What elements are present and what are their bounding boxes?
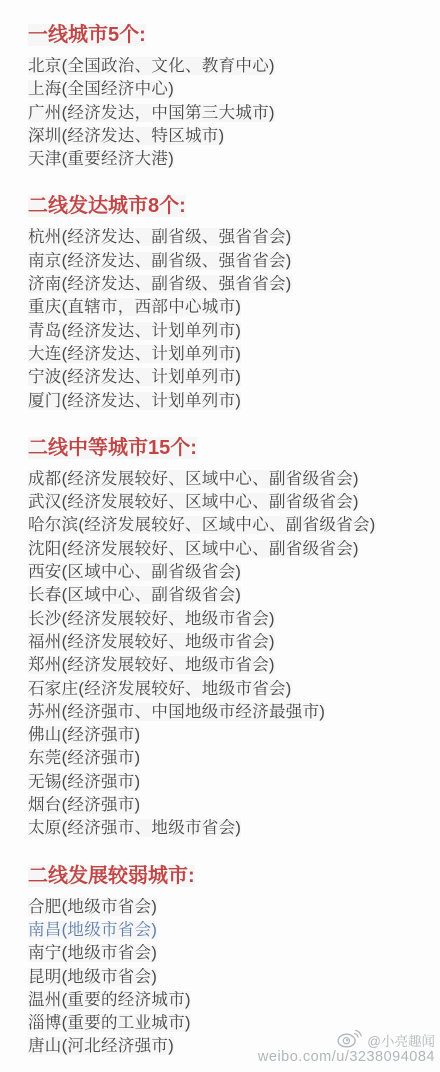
city-item-text: 合肥(地级市省会) [28,898,157,916]
city-item: 青岛(经济发达、计划单列市) [28,320,430,343]
city-item-text: 厦门(经济发达、计划单列市) [28,392,241,410]
city-item-text: 太原(经济强市、地级市省会) [28,819,241,837]
city-tier-list: 一线城市5个:北京(全国政治、文化、教育中心)上海(全国经济中心)广州(经济发达… [28,24,430,1059]
city-item-text: 西安(区域中心、副省级省会) [28,563,241,581]
city-item: 哈尔滨(经济发展较好、区域中心、副省级省会) [28,514,430,537]
city-item-text: 深圳(经济发达、特区城市) [28,127,224,145]
city-item-text: 佛山(经济强市) [28,726,140,744]
city-tier-section: 一线城市5个:北京(全国政治、文化、教育中心)上海(全国经济中心)广州(经济发达… [28,24,430,171]
city-item: 武汉(经济发展较好、区域中心、副省级省会) [28,491,430,514]
city-item-text: 淄博(重要的工业城市) [28,1014,191,1032]
city-item: 福州(经济发展较好、地级市省会) [28,631,430,654]
city-item-text: 无锡(经济强市) [28,773,140,791]
city-item: 南宁(地级市省会) [28,942,430,965]
city-item-text: 天津(重要经济大港) [28,150,174,168]
city-item-text: 南昌(地级市省会) [28,921,157,939]
section-heading-text: 一线城市5个: [28,24,146,46]
city-item: 苏州(经济强市、中国地级市经济最强市) [28,701,430,724]
city-item: 成都(经济发展较好、区域中心、副省级省会) [28,468,430,491]
city-item-text: 石家庄(经济发展较好、地级市省会) [28,680,292,698]
city-item: 合肥(地级市省会) [28,896,430,919]
city-item-text: 苏州(经济强市、中国地级市经济最强市) [28,703,325,721]
city-item: 长沙(经济发展较好、地级市省会) [28,608,430,631]
city-item-text: 重庆(直辖市，西部中心城市) [28,298,241,316]
city-item-text: 烟台(经济强市) [28,796,140,814]
city-item-text: 南京(经济发达、副省级、强省省会) [28,252,292,270]
section-heading: 二线发达城市8个: [28,195,430,217]
city-item: 太原(经济强市、地级市省会) [28,817,430,840]
weibo-logo-icon [336,1028,363,1049]
section-heading: 一线城市5个: [28,24,430,46]
city-item-text: 成都(经济发展较好、区域中心、副省级省会) [28,470,359,488]
city-item-text: 杭州(经济发达、副省级、强省省会) [28,228,292,246]
city-item: 郑州(经济发展较好、地级市省会) [28,654,430,677]
city-item: 广州(经济发达，中国第三大城市) [28,102,430,125]
section-heading: 二线中等城市15个: [28,437,430,459]
city-item-text: 哈尔滨(经济发展较好、区域中心、副省级省会) [28,516,376,534]
section-heading-text: 二线发展较弱城市: [28,865,195,887]
city-item: 厦门(经济发达、计划单列市) [28,390,430,413]
city-item-text: 广州(经济发达，中国第三大城市) [28,104,275,122]
section-heading-text: 二线发达城市8个: [28,195,186,217]
city-item-text: 武汉(经济发展较好、区域中心、副省级省会) [28,493,359,511]
city-item: 石家庄(经济发展较好、地级市省会) [28,678,430,701]
city-item-text: 上海(全国经济中心) [28,80,174,98]
city-item-text: 长春(区域中心、副省级省会) [28,586,241,604]
city-item-text: 郑州(经济发展较好、地级市省会) [28,656,275,674]
city-item-text: 温州(重要的经济城市) [28,991,191,1009]
city-item: 南京(经济发达、副省级、强省省会) [28,250,430,273]
city-item: 上海(全国经济中心) [28,78,430,101]
city-item: 北京(全国政治、文化、教育中心) [28,55,430,78]
city-item-text: 昆明(地级市省会) [28,968,157,986]
city-item-text: 唐山(河北经济强市) [28,1037,174,1055]
watermark-username: @小亮趣闻 [367,1034,435,1049]
section-heading: 二线发展较弱城市: [28,865,430,887]
city-item-text: 北京(全国政治、文化、教育中心) [28,57,275,75]
city-item: 大连(经济发达、计划单列市) [28,343,430,366]
city-tier-section: 二线发达城市8个:杭州(经济发达、副省级、强省省会)南京(经济发达、副省级、强省… [28,195,430,412]
city-item: 深圳(经济发达、特区城市) [28,125,430,148]
weibo-watermark: @小亮趣闻 weibo.com/u/3238094084 [258,1028,435,1066]
city-item: 杭州(经济发达、副省级、强省省会) [28,226,430,249]
city-item-text: 宁波(经济发达、计划单列市) [28,368,241,386]
city-item: 无锡(经济强市) [28,771,430,794]
section-heading-text: 二线中等城市15个: [28,437,197,459]
city-item: 西安(区域中心、副省级省会) [28,561,430,584]
city-tier-text-image: 一线城市5个:北京(全国政治、文化、教育中心)上海(全国经济中心)广州(经济发达… [0,0,440,1072]
city-item: 昆明(地级市省会) [28,966,430,989]
city-item-text: 南宁(地级市省会) [28,944,157,962]
city-item-text: 济南(经济发达、副省级、强省省会) [28,275,292,293]
city-item: 长春(区域中心、副省级省会) [28,584,430,607]
city-item-text: 福州(经济发展较好、地级市省会) [28,633,275,651]
city-item: 天津(重要经济大港) [28,148,430,171]
city-item: 烟台(经济强市) [28,794,430,817]
city-item: 佛山(经济强市) [28,724,430,747]
city-item-text: 大连(经济发达、计划单列市) [28,345,241,363]
city-item-text: 东莞(经济强市) [28,749,140,767]
city-item: 温州(重要的经济城市) [28,989,430,1012]
watermark-url: weibo.com/u/3238094084 [258,1049,435,1066]
city-item: 宁波(经济发达、计划单列市) [28,366,430,389]
city-tier-section: 二线中等城市15个:成都(经济发展较好、区域中心、副省级省会)武汉(经济发展较好… [28,437,430,841]
city-item-text: 青岛(经济发达、计划单列市) [28,322,241,340]
city-item: 东莞(经济强市) [28,747,430,770]
city-item: 重庆(直辖市，西部中心城市) [28,296,430,319]
city-item-text: 长沙(经济发展较好、地级市省会) [28,610,275,628]
city-item: 济南(经济发达、副省级、强省省会) [28,273,430,296]
city-item: 南昌(地级市省会) [28,919,430,942]
city-item-text: 沈阳(经济发展较好、区域中心、副省级省会) [28,540,359,558]
city-item: 沈阳(经济发展较好、区域中心、副省级省会) [28,538,430,561]
watermark-row-username: @小亮趣闻 [258,1028,435,1049]
